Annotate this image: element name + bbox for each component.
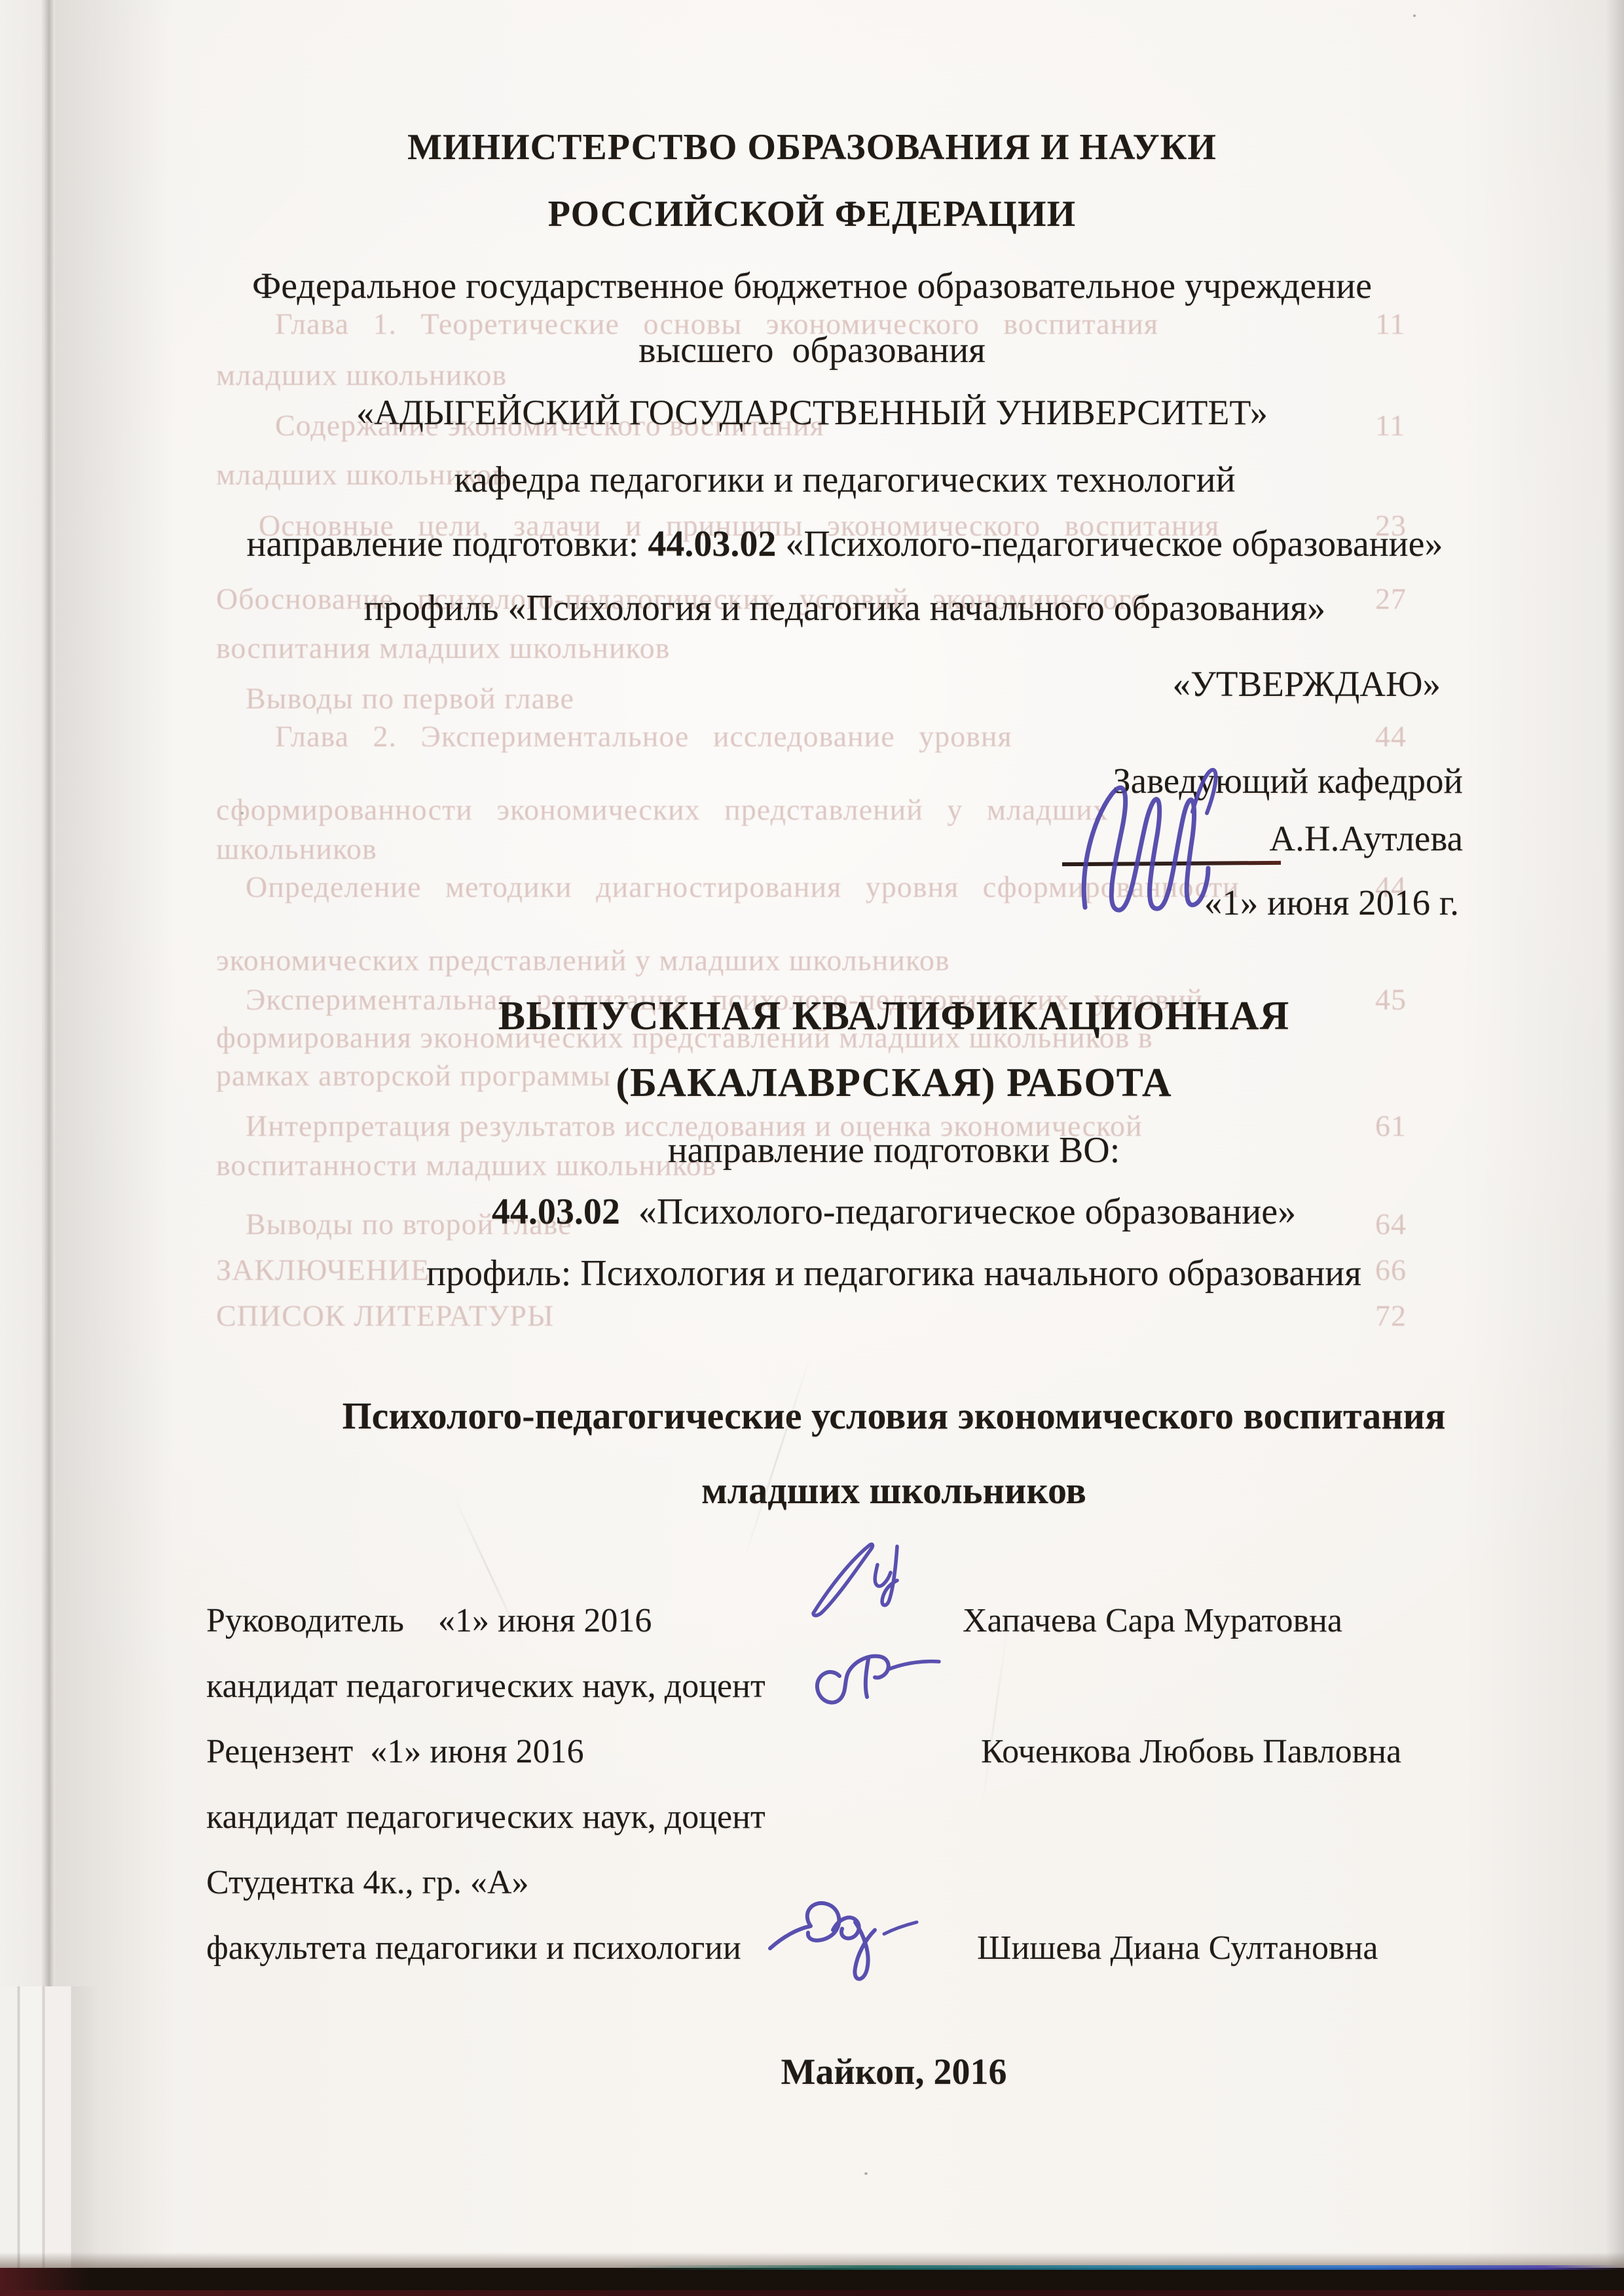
university-name: «АДЫГЕЙСКИЙ ГОСУДАРСТВЕННЫЙ УНИВЕРСИТЕТ» bbox=[85, 394, 1539, 431]
bleedthrough-page-number: 72 bbox=[1375, 1300, 1407, 1333]
left-binding-crease bbox=[42, 0, 55, 2296]
direction-label: направление подготовки: bbox=[247, 524, 648, 564]
supervisor-label: Руководитель «1» июня 2016 bbox=[206, 1603, 652, 1639]
scan-band-iridescent-line bbox=[617, 2265, 1624, 2270]
department-line: кафедра педагогики и педагогических техн… bbox=[72, 461, 1617, 500]
work-direction-value: «Психолого-педагогическое образование» bbox=[620, 1192, 1296, 1232]
bottom-scan-band bbox=[0, 2268, 1624, 2296]
supervisor-signature bbox=[807, 1540, 912, 1618]
student-faculty: факультета педагогики и психологии bbox=[206, 1930, 741, 1966]
bleedthrough-page-number: 44 bbox=[1375, 720, 1407, 754]
scan-band-maroon-line bbox=[0, 2290, 1624, 2296]
approval-date: «1» июня 2016 г. bbox=[1204, 884, 1459, 922]
work-direction-label: направление подготовки ВО: bbox=[164, 1131, 1624, 1170]
student-signature bbox=[765, 1893, 935, 1998]
bleedthrough-line: Глава 2. Экспериментальное исследование … bbox=[275, 720, 1012, 754]
direction-value: «Психолого-педагогическое образование» bbox=[776, 524, 1443, 564]
bleedthrough-line: сформированности экономических представл… bbox=[216, 793, 1109, 827]
thesis-title-line-1: Психолого-педагогические условия экономи… bbox=[164, 1396, 1624, 1436]
bleedthrough-line: Выводы по первой главе bbox=[246, 682, 574, 716]
scan-speck bbox=[864, 2172, 868, 2175]
bleedthrough-line: СПИСОК ЛИТЕРАТУРЫ bbox=[216, 1300, 554, 1333]
bleedthrough-line: экономических представлений у младших шк… bbox=[216, 944, 950, 977]
scan-speck bbox=[1413, 14, 1416, 17]
work-type-line-2: (БАКАЛАВРСКАЯ) РАБОТА bbox=[164, 1062, 1624, 1105]
student-label: Студентка 4к., гр. «А» bbox=[206, 1865, 529, 1901]
approval-stamp: «УТВЕРЖДАЮ» bbox=[1172, 665, 1441, 703]
institution-line-1: Федеральное государственное бюджетное об… bbox=[85, 267, 1539, 306]
work-direction-code: 44.03.02 bbox=[492, 1192, 620, 1232]
bleedthrough-line: школьников bbox=[216, 833, 377, 866]
left-binding-shadow bbox=[55, 0, 173, 2296]
reviewer-name: Коченкова Любовь Павловна bbox=[981, 1734, 1401, 1770]
bottom-left-page-fore-edges bbox=[0, 1986, 98, 2268]
scanned-thesis-title-page: Глава 1. Теоретические основы экономичес… bbox=[0, 0, 1624, 2296]
direction-code: 44.03.02 bbox=[648, 524, 776, 564]
thesis-title-line-2: младших школьников bbox=[164, 1470, 1624, 1510]
reviewer-label: Рецензент «1» июня 2016 bbox=[206, 1734, 584, 1770]
profile-line: профиль «Психология и педагогика начальн… bbox=[72, 589, 1617, 628]
right-scan-edge bbox=[1606, 0, 1624, 2296]
left-page-stack-edge bbox=[0, 0, 43, 2296]
supervisor-name: Хапачева Сара Муратовна bbox=[963, 1603, 1342, 1639]
reviewer-degree: кандидат педагогических наук, доцент bbox=[206, 1799, 766, 1835]
work-direction-line: 44.03.02 «Психолого-педагогическое образ… bbox=[164, 1193, 1624, 1231]
work-type-line-1: ВЫПУСКНАЯ КВАЛИФИКАЦИОННАЯ bbox=[164, 995, 1624, 1038]
ministry-line-1: МИНИСТЕРСТВО ОБРАЗОВАНИЯ И НАУКИ bbox=[85, 128, 1539, 167]
bleedthrough-line: воспитания младших школьников bbox=[216, 632, 670, 665]
head-signature bbox=[1071, 752, 1234, 928]
institution-line-2: высшего образования bbox=[85, 331, 1539, 370]
supervisor-degree: кандидат педагогических наук, доцент bbox=[206, 1668, 766, 1704]
student-name: Шишева Диана Султановна bbox=[977, 1930, 1378, 1966]
scan-speck bbox=[241, 812, 244, 814]
ministry-line-2: РОССИЙСКОЙ ФЕДЕРАЦИИ bbox=[85, 195, 1539, 234]
head-of-department-name: А.Н.Аутлева bbox=[1269, 820, 1463, 858]
direction-line: направление подготовки: 44.03.02 «Психол… bbox=[72, 525, 1617, 564]
city-year-line: Майкоп, 2016 bbox=[164, 2053, 1624, 2092]
reviewer-signature bbox=[811, 1650, 945, 1712]
work-profile-line: профиль: Психология и педагогика начальн… bbox=[164, 1254, 1624, 1293]
